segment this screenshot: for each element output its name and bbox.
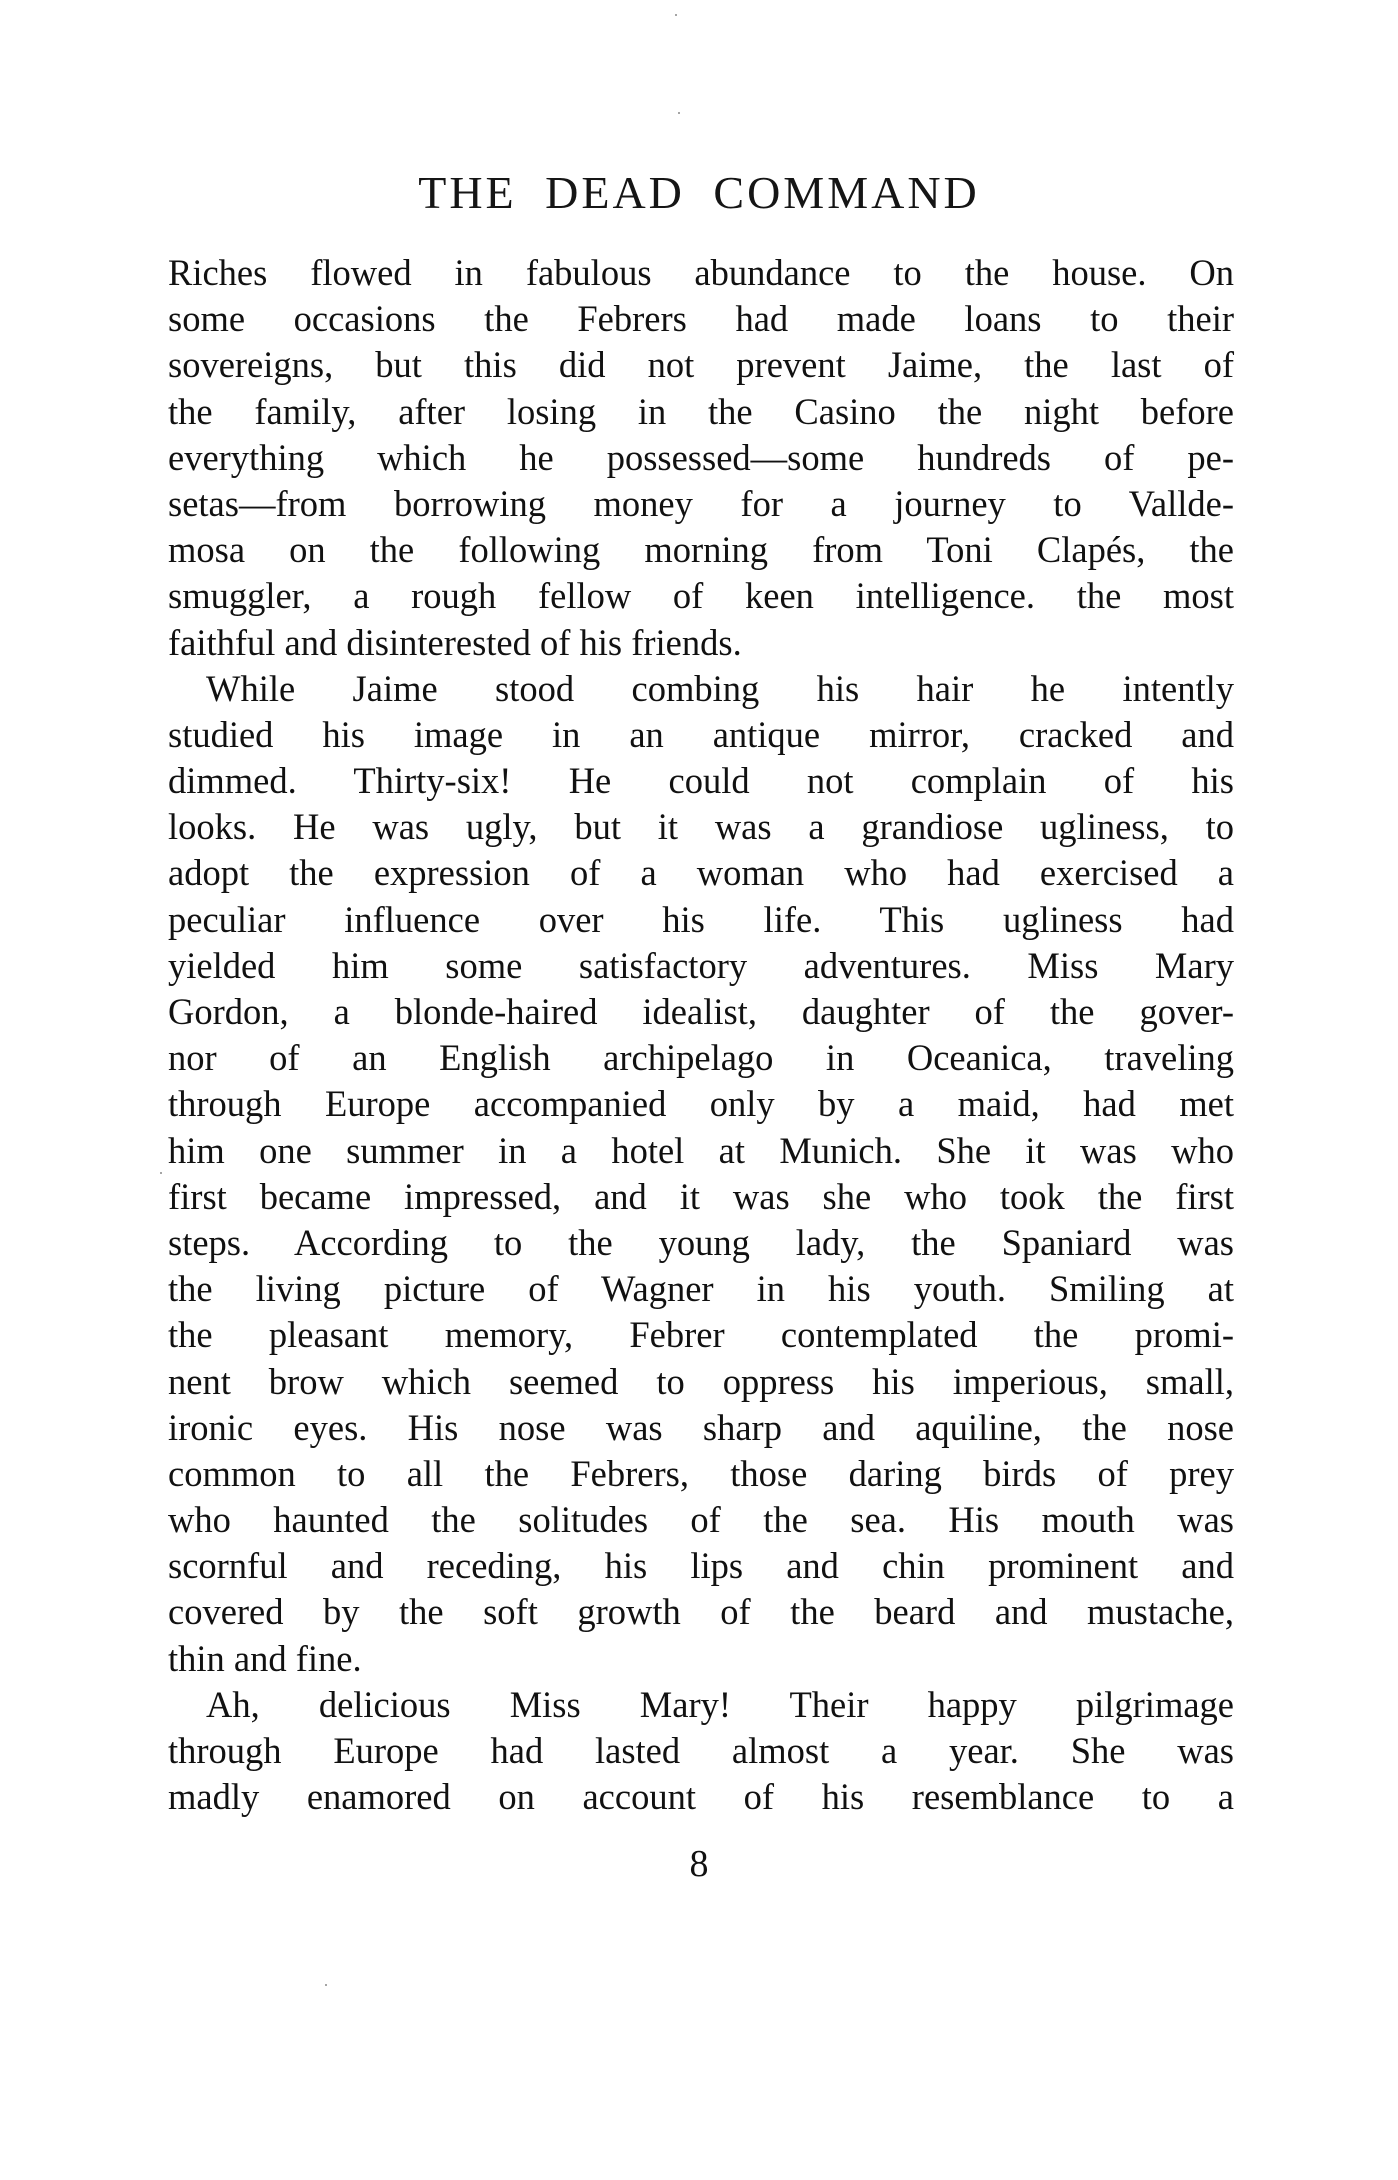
text-line: nor of an English archipelago in Oceanic… <box>168 1035 1234 1081</box>
text-line: faithful and disinterested of his friend… <box>168 620 1234 666</box>
text-line: dimmed. Thirty-six! He could not complai… <box>168 758 1234 804</box>
body-text: Riches flowed in fabulous abundance to t… <box>168 250 1234 1820</box>
scan-speck <box>325 1984 327 1986</box>
text-line: peculiar influence over his life. This u… <box>168 897 1234 943</box>
text-line: steps. According to the young lady, the … <box>168 1220 1234 1266</box>
text-line: While Jaime stood combing his hair he in… <box>168 666 1234 712</box>
text-line: looks. He was ugly, but it was a grandio… <box>168 804 1234 850</box>
text-line: some occasions the Febrers had made loan… <box>168 296 1234 342</box>
paragraph-1: Riches flowed in fabulous abundance to t… <box>168 250 1234 666</box>
text-line: ironic eyes. His nose was sharp and aqui… <box>168 1405 1234 1451</box>
text-line: mosa on the following morning from Toni … <box>168 527 1234 573</box>
text-line: madly enamored on account of his resembl… <box>168 1774 1234 1820</box>
scan-speck <box>160 1172 162 1174</box>
page-number: 8 <box>0 1840 1398 1888</box>
text-line: through Europe accompanied only by a mai… <box>168 1081 1234 1127</box>
paragraph-3: Ah, delicious Miss Mary! Their happy pil… <box>168 1682 1234 1821</box>
text-line: Ah, delicious Miss Mary! Their happy pil… <box>168 1682 1234 1728</box>
text-line: studied his image in an antique mirror, … <box>168 712 1234 758</box>
text-line: first became impressed, and it was she w… <box>168 1174 1234 1220</box>
text-line: Riches flowed in fabulous abundance to t… <box>168 250 1234 296</box>
text-line: Gordon, a blonde-haired idealist, daught… <box>168 989 1234 1035</box>
text-line: through Europe had lasted almost a year.… <box>168 1728 1234 1774</box>
text-line: smuggler, a rough fellow of keen intelli… <box>168 573 1234 619</box>
scan-speck <box>675 14 677 16</box>
scan-speck <box>678 112 680 114</box>
text-line: sovereigns, but this did not prevent Jai… <box>168 342 1234 388</box>
text-line: scornful and receding, his lips and chin… <box>168 1543 1234 1589</box>
text-line: thin and fine. <box>168 1636 1234 1682</box>
text-line: setas—from borrowing money for a journey… <box>168 481 1234 527</box>
text-line: the family, after losing in the Casino t… <box>168 389 1234 435</box>
text-line: nent brow which seemed to oppress his im… <box>168 1359 1234 1405</box>
text-line: common to all the Febrers, those daring … <box>168 1451 1234 1497</box>
book-page: THE DEAD COMMAND Riches flowed in fabulo… <box>0 0 1398 2180</box>
text-line: the living picture of Wagner in his yout… <box>168 1266 1234 1312</box>
text-line: him one summer in a hotel at Munich. She… <box>168 1128 1234 1174</box>
text-line: the pleasant memory, Febrer contemplated… <box>168 1312 1234 1358</box>
text-line: everything which he possessed—some hundr… <box>168 435 1234 481</box>
text-line: yielded him some satisfactory adventures… <box>168 943 1234 989</box>
text-line: covered by the soft growth of the beard … <box>168 1589 1234 1635</box>
text-line: who haunted the solitudes of the sea. Hi… <box>168 1497 1234 1543</box>
paragraph-2: While Jaime stood combing his hair he in… <box>168 666 1234 1682</box>
text-line: adopt the expression of a woman who had … <box>168 850 1234 896</box>
running-head: THE DEAD COMMAND <box>0 165 1398 221</box>
